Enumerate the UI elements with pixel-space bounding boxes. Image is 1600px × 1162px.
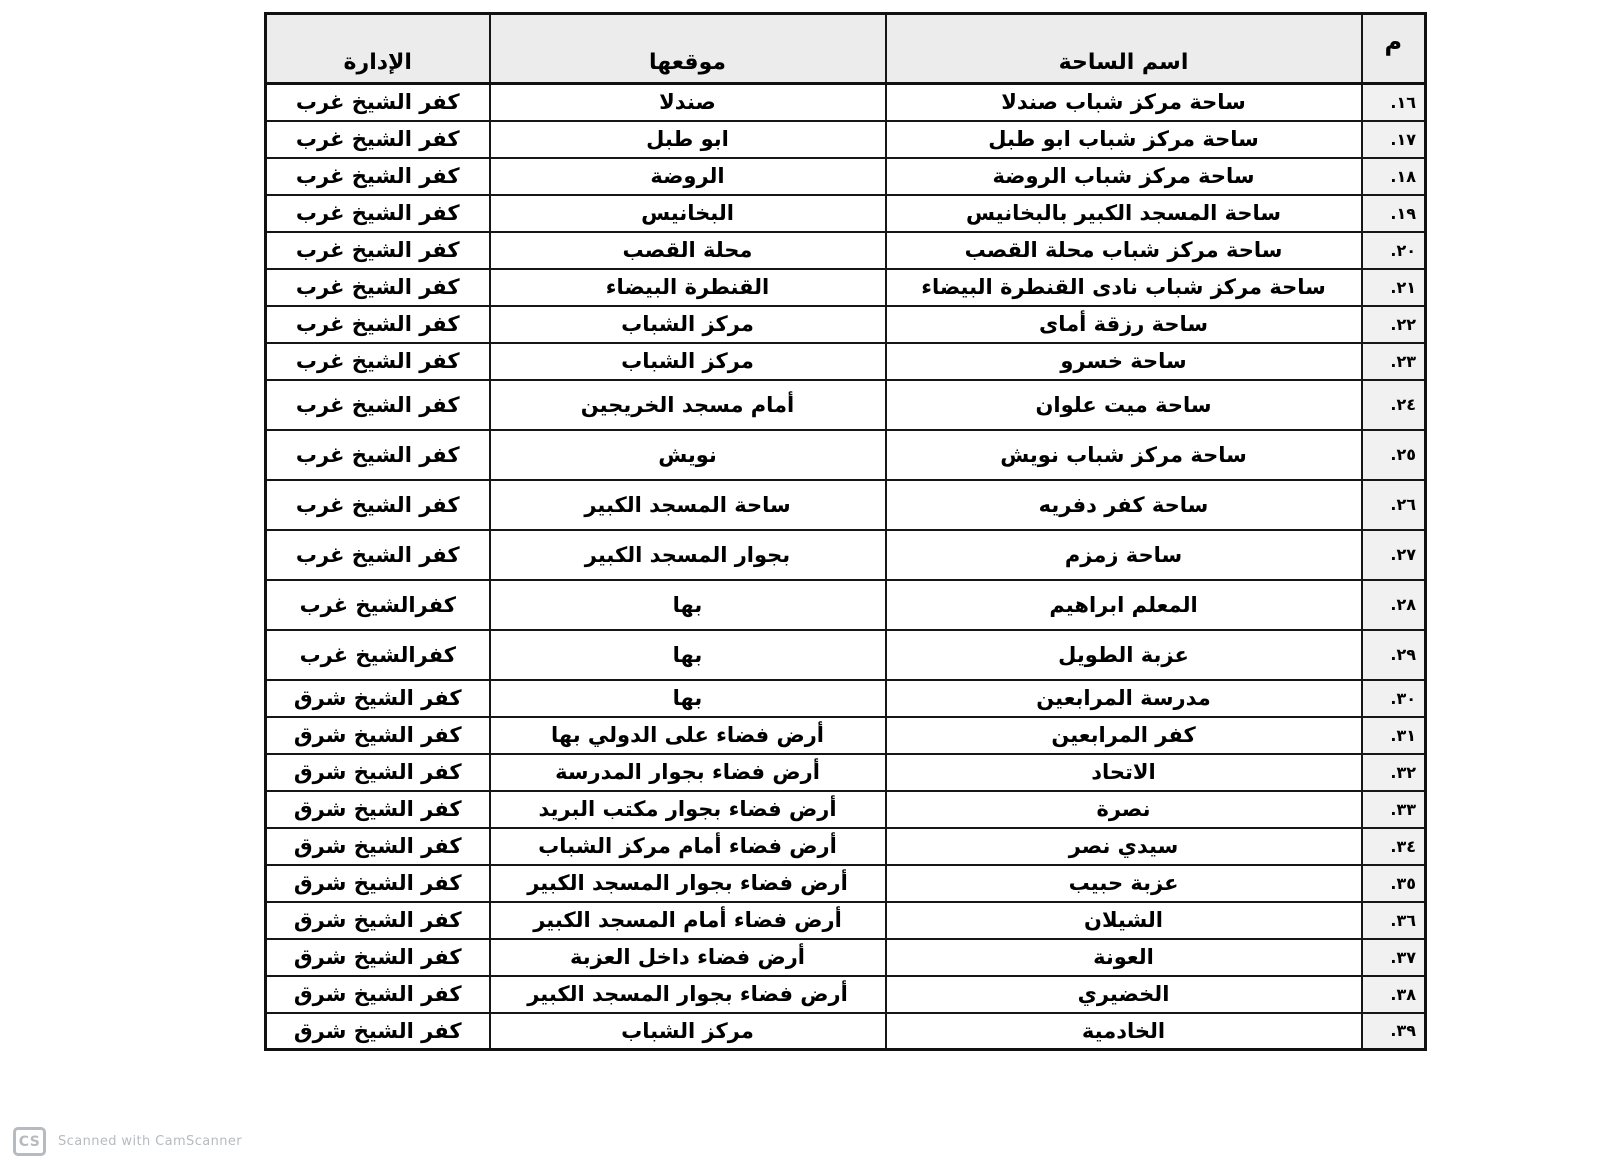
- row-number-cell: ٢٢.: [1362, 306, 1426, 343]
- square-name-cell: الشيلان: [886, 902, 1362, 939]
- square-name-cell: ساحة مركز شباب الروضة: [886, 158, 1362, 195]
- table-row: ٣٢.الاتحادأرض فضاء بجوار المدرسةكفر الشي…: [266, 754, 1426, 791]
- square-name-cell: عزبة الطويل: [886, 630, 1362, 680]
- table-header: م اسم الساحة موقعها الإدارة: [266, 14, 1426, 84]
- square-admin-cell: كفر الشيخ شرق: [266, 680, 490, 717]
- table-row: ٣٨.الخضيريأرض فضاء بجوار المسجد الكبيركف…: [266, 976, 1426, 1013]
- camscanner-watermark: CS Scanned with CamScanner: [13, 1127, 242, 1156]
- square-location-cell: محلة القصب: [490, 232, 886, 269]
- row-number-cell: ٣٩.: [1362, 1013, 1426, 1050]
- square-location-cell: أرض فضاء بجوار المدرسة: [490, 754, 886, 791]
- square-admin-cell: كفر الشيخ شرق: [266, 939, 490, 976]
- square-name-cell: ساحة زمزم: [886, 530, 1362, 580]
- square-name-cell: ساحة مركز شباب ابو طبل: [886, 121, 1362, 158]
- table-row: ٣٥.عزبة حبيبأرض فضاء بجوار المسجد الكبير…: [266, 865, 1426, 902]
- table-row: ٣٩.الخادميةمركز الشبابكفر الشيخ شرق: [266, 1013, 1426, 1050]
- square-admin-cell: كفر الشيخ غرب: [266, 306, 490, 343]
- row-number-cell: ٢٨.: [1362, 580, 1426, 630]
- square-location-cell: الروضة: [490, 158, 886, 195]
- square-admin-cell: كفر الشيخ غرب: [266, 121, 490, 158]
- square-admin-cell: كفر الشيخ غرب: [266, 380, 490, 430]
- square-location-cell: أرض فضاء داخل العزبة: [490, 939, 886, 976]
- table-row: ٢٣.ساحة خسرومركز الشبابكفر الشيخ غرب: [266, 343, 1426, 380]
- camscanner-icon: CS: [13, 1127, 46, 1156]
- row-number-cell: ٣٨.: [1362, 976, 1426, 1013]
- square-admin-cell: كفر الشيخ غرب: [266, 232, 490, 269]
- square-location-cell: بها: [490, 680, 886, 717]
- table-row: ٢٢.ساحة رزقة أماىمركز الشبابكفر الشيخ غر…: [266, 306, 1426, 343]
- square-name-cell: كفر المرابعين: [886, 717, 1362, 754]
- row-number-cell: ٣٤.: [1362, 828, 1426, 865]
- square-name-cell: ساحة مركز شباب صندلا: [886, 84, 1362, 121]
- row-number-cell: ٢٤.: [1362, 380, 1426, 430]
- table-row: ١٩.ساحة المسجد الكبير بالبخانيسالبخانيسك…: [266, 195, 1426, 232]
- row-number-cell: ٣٥.: [1362, 865, 1426, 902]
- square-admin-cell: كفر الشيخ غرب: [266, 530, 490, 580]
- square-location-cell: صندلا: [490, 84, 886, 121]
- square-location-cell: أمام مسجد الخريجين: [490, 380, 886, 430]
- square-admin-cell: كفر الشيخ شرق: [266, 976, 490, 1013]
- square-location-cell: القنطرة البيضاء: [490, 269, 886, 306]
- table-row: ٢٨.المعلم ابراهيمبهاكفرالشيخ غرب: [266, 580, 1426, 630]
- square-location-cell: أرض فضاء على الدولي بها: [490, 717, 886, 754]
- square-admin-cell: كفر الشيخ غرب: [266, 84, 490, 121]
- row-number-cell: ٣٧.: [1362, 939, 1426, 976]
- square-admin-cell: كفر الشيخ غرب: [266, 430, 490, 480]
- table-row: ٢٤.ساحة ميت علوانأمام مسجد الخريجينكفر ا…: [266, 380, 1426, 430]
- square-name-cell: ساحة ميت علوان: [886, 380, 1362, 430]
- table-row: ٣٣.نصرةأرض فضاء بجوار مكتب البريدكفر الش…: [266, 791, 1426, 828]
- square-admin-cell: كفر الشيخ شرق: [266, 902, 490, 939]
- square-location-cell: أرض فضاء بجوار المسجد الكبير: [490, 976, 886, 1013]
- row-number-cell: ٣٣.: [1362, 791, 1426, 828]
- square-name-cell: ساحة مركز شباب نادى القنطرة البيضاء: [886, 269, 1362, 306]
- document-page: م اسم الساحة موقعها الإدارة ١٦.ساحة مركز…: [0, 0, 1600, 1162]
- table-row: ٣١.كفر المرابعينأرض فضاء على الدولي بهاك…: [266, 717, 1426, 754]
- square-admin-cell: كفر الشيخ غرب: [266, 195, 490, 232]
- square-location-cell: البخانيس: [490, 195, 886, 232]
- square-name-cell: مدرسة المرابعين: [886, 680, 1362, 717]
- table-body: ١٦.ساحة مركز شباب صندلاصندلاكفر الشيخ غر…: [266, 84, 1426, 1050]
- square-admin-cell: كفر الشيخ شرق: [266, 828, 490, 865]
- row-number-cell: ١٦.: [1362, 84, 1426, 121]
- row-number-cell: ٢٦.: [1362, 480, 1426, 530]
- row-number-cell: ٣٠.: [1362, 680, 1426, 717]
- square-name-cell: ساحة رزقة أماى: [886, 306, 1362, 343]
- squares-table: م اسم الساحة موقعها الإدارة ١٦.ساحة مركز…: [264, 12, 1427, 1051]
- square-name-cell: سيدي نصر: [886, 828, 1362, 865]
- col-header-square-name: اسم الساحة: [886, 14, 1362, 84]
- row-number-cell: ٢٥.: [1362, 430, 1426, 480]
- square-name-cell: الخادمية: [886, 1013, 1362, 1050]
- square-location-cell: بها: [490, 630, 886, 680]
- square-name-cell: عزبة حبيب: [886, 865, 1362, 902]
- square-name-cell: ساحة خسرو: [886, 343, 1362, 380]
- camscanner-watermark-text: Scanned with CamScanner: [58, 1134, 242, 1149]
- table-row: ٣٤.سيدي نصرأرض فضاء أمام مركز الشبابكفر …: [266, 828, 1426, 865]
- square-location-cell: بها: [490, 580, 886, 630]
- col-header-admin: الإدارة: [266, 14, 490, 84]
- square-name-cell: ساحة كفر دفريه: [886, 480, 1362, 530]
- square-admin-cell: كفر الشيخ شرق: [266, 754, 490, 791]
- table-row: ٣٠.مدرسة المرابعينبهاكفر الشيخ شرق: [266, 680, 1426, 717]
- col-header-location: موقعها: [490, 14, 886, 84]
- row-number-cell: ٢١.: [1362, 269, 1426, 306]
- header-row: م اسم الساحة موقعها الإدارة: [266, 14, 1426, 84]
- table-row: ٣٧.العونةأرض فضاء داخل العزبةكفر الشيخ ش…: [266, 939, 1426, 976]
- table-row: ٢٠.ساحة مركز شباب محلة القصبمحلة القصبكف…: [266, 232, 1426, 269]
- table-row: ٢٩.عزبة الطويلبهاكفرالشيخ غرب: [266, 630, 1426, 680]
- row-number-cell: ١٨.: [1362, 158, 1426, 195]
- square-admin-cell: كفرالشيخ غرب: [266, 580, 490, 630]
- square-name-cell: ساحة المسجد الكبير بالبخانيس: [886, 195, 1362, 232]
- square-admin-cell: كفر الشيخ غرب: [266, 343, 490, 380]
- table-row: ٢١.ساحة مركز شباب نادى القنطرة البيضاءال…: [266, 269, 1426, 306]
- square-admin-cell: كفر الشيخ غرب: [266, 158, 490, 195]
- row-number-cell: ١٩.: [1362, 195, 1426, 232]
- row-number-cell: ٢٩.: [1362, 630, 1426, 680]
- table-row: ٢٧.ساحة زمزمبجوار المسجد الكبيركفر الشيخ…: [266, 530, 1426, 580]
- square-name-cell: الخضيري: [886, 976, 1362, 1013]
- square-location-cell: ابو طبل: [490, 121, 886, 158]
- row-number-cell: ٣٦.: [1362, 902, 1426, 939]
- square-location-cell: مركز الشباب: [490, 1013, 886, 1050]
- square-location-cell: أرض فضاء أمام المسجد الكبير: [490, 902, 886, 939]
- square-admin-cell: كفر الشيخ شرق: [266, 1013, 490, 1050]
- square-location-cell: أرض فضاء بجوار المسجد الكبير: [490, 865, 886, 902]
- square-name-cell: الاتحاد: [886, 754, 1362, 791]
- col-header-num: م: [1362, 14, 1426, 84]
- square-location-cell: بجوار المسجد الكبير: [490, 530, 886, 580]
- square-admin-cell: كفر الشيخ غرب: [266, 480, 490, 530]
- row-number-cell: ١٧.: [1362, 121, 1426, 158]
- square-location-cell: ساحة المسجد الكبير: [490, 480, 886, 530]
- row-number-cell: ٣١.: [1362, 717, 1426, 754]
- table-row: ١٨.ساحة مركز شباب الروضةالروضةكفر الشيخ …: [266, 158, 1426, 195]
- square-location-cell: نويش: [490, 430, 886, 480]
- square-name-cell: ساحة مركز شباب نويش: [886, 430, 1362, 480]
- table-row: ٢٥.ساحة مركز شباب نويشنويشكفر الشيخ غرب: [266, 430, 1426, 480]
- square-name-cell: نصرة: [886, 791, 1362, 828]
- table-row: ١٦.ساحة مركز شباب صندلاصندلاكفر الشيخ غر…: [266, 84, 1426, 121]
- square-location-cell: مركز الشباب: [490, 343, 886, 380]
- square-admin-cell: كفر الشيخ شرق: [266, 791, 490, 828]
- square-name-cell: ساحة مركز شباب محلة القصب: [886, 232, 1362, 269]
- square-admin-cell: كفر الشيخ شرق: [266, 717, 490, 754]
- row-number-cell: ٣٢.: [1362, 754, 1426, 791]
- table-row: ١٧.ساحة مركز شباب ابو طبلابو طبلكفر الشي…: [266, 121, 1426, 158]
- square-name-cell: المعلم ابراهيم: [886, 580, 1362, 630]
- square-admin-cell: كفرالشيخ غرب: [266, 630, 490, 680]
- row-number-cell: ٢٧.: [1362, 530, 1426, 580]
- row-number-cell: ٢٠.: [1362, 232, 1426, 269]
- square-admin-cell: كفر الشيخ غرب: [266, 269, 490, 306]
- square-location-cell: أرض فضاء أمام مركز الشباب: [490, 828, 886, 865]
- square-location-cell: أرض فضاء بجوار مكتب البريد: [490, 791, 886, 828]
- square-location-cell: مركز الشباب: [490, 306, 886, 343]
- row-number-cell: ٢٣.: [1362, 343, 1426, 380]
- square-name-cell: العونة: [886, 939, 1362, 976]
- table-row: ٣٦.الشيلانأرض فضاء أمام المسجد الكبيركفر…: [266, 902, 1426, 939]
- square-admin-cell: كفر الشيخ شرق: [266, 865, 490, 902]
- table-row: ٢٦.ساحة كفر دفريهساحة المسجد الكبيركفر ا…: [266, 480, 1426, 530]
